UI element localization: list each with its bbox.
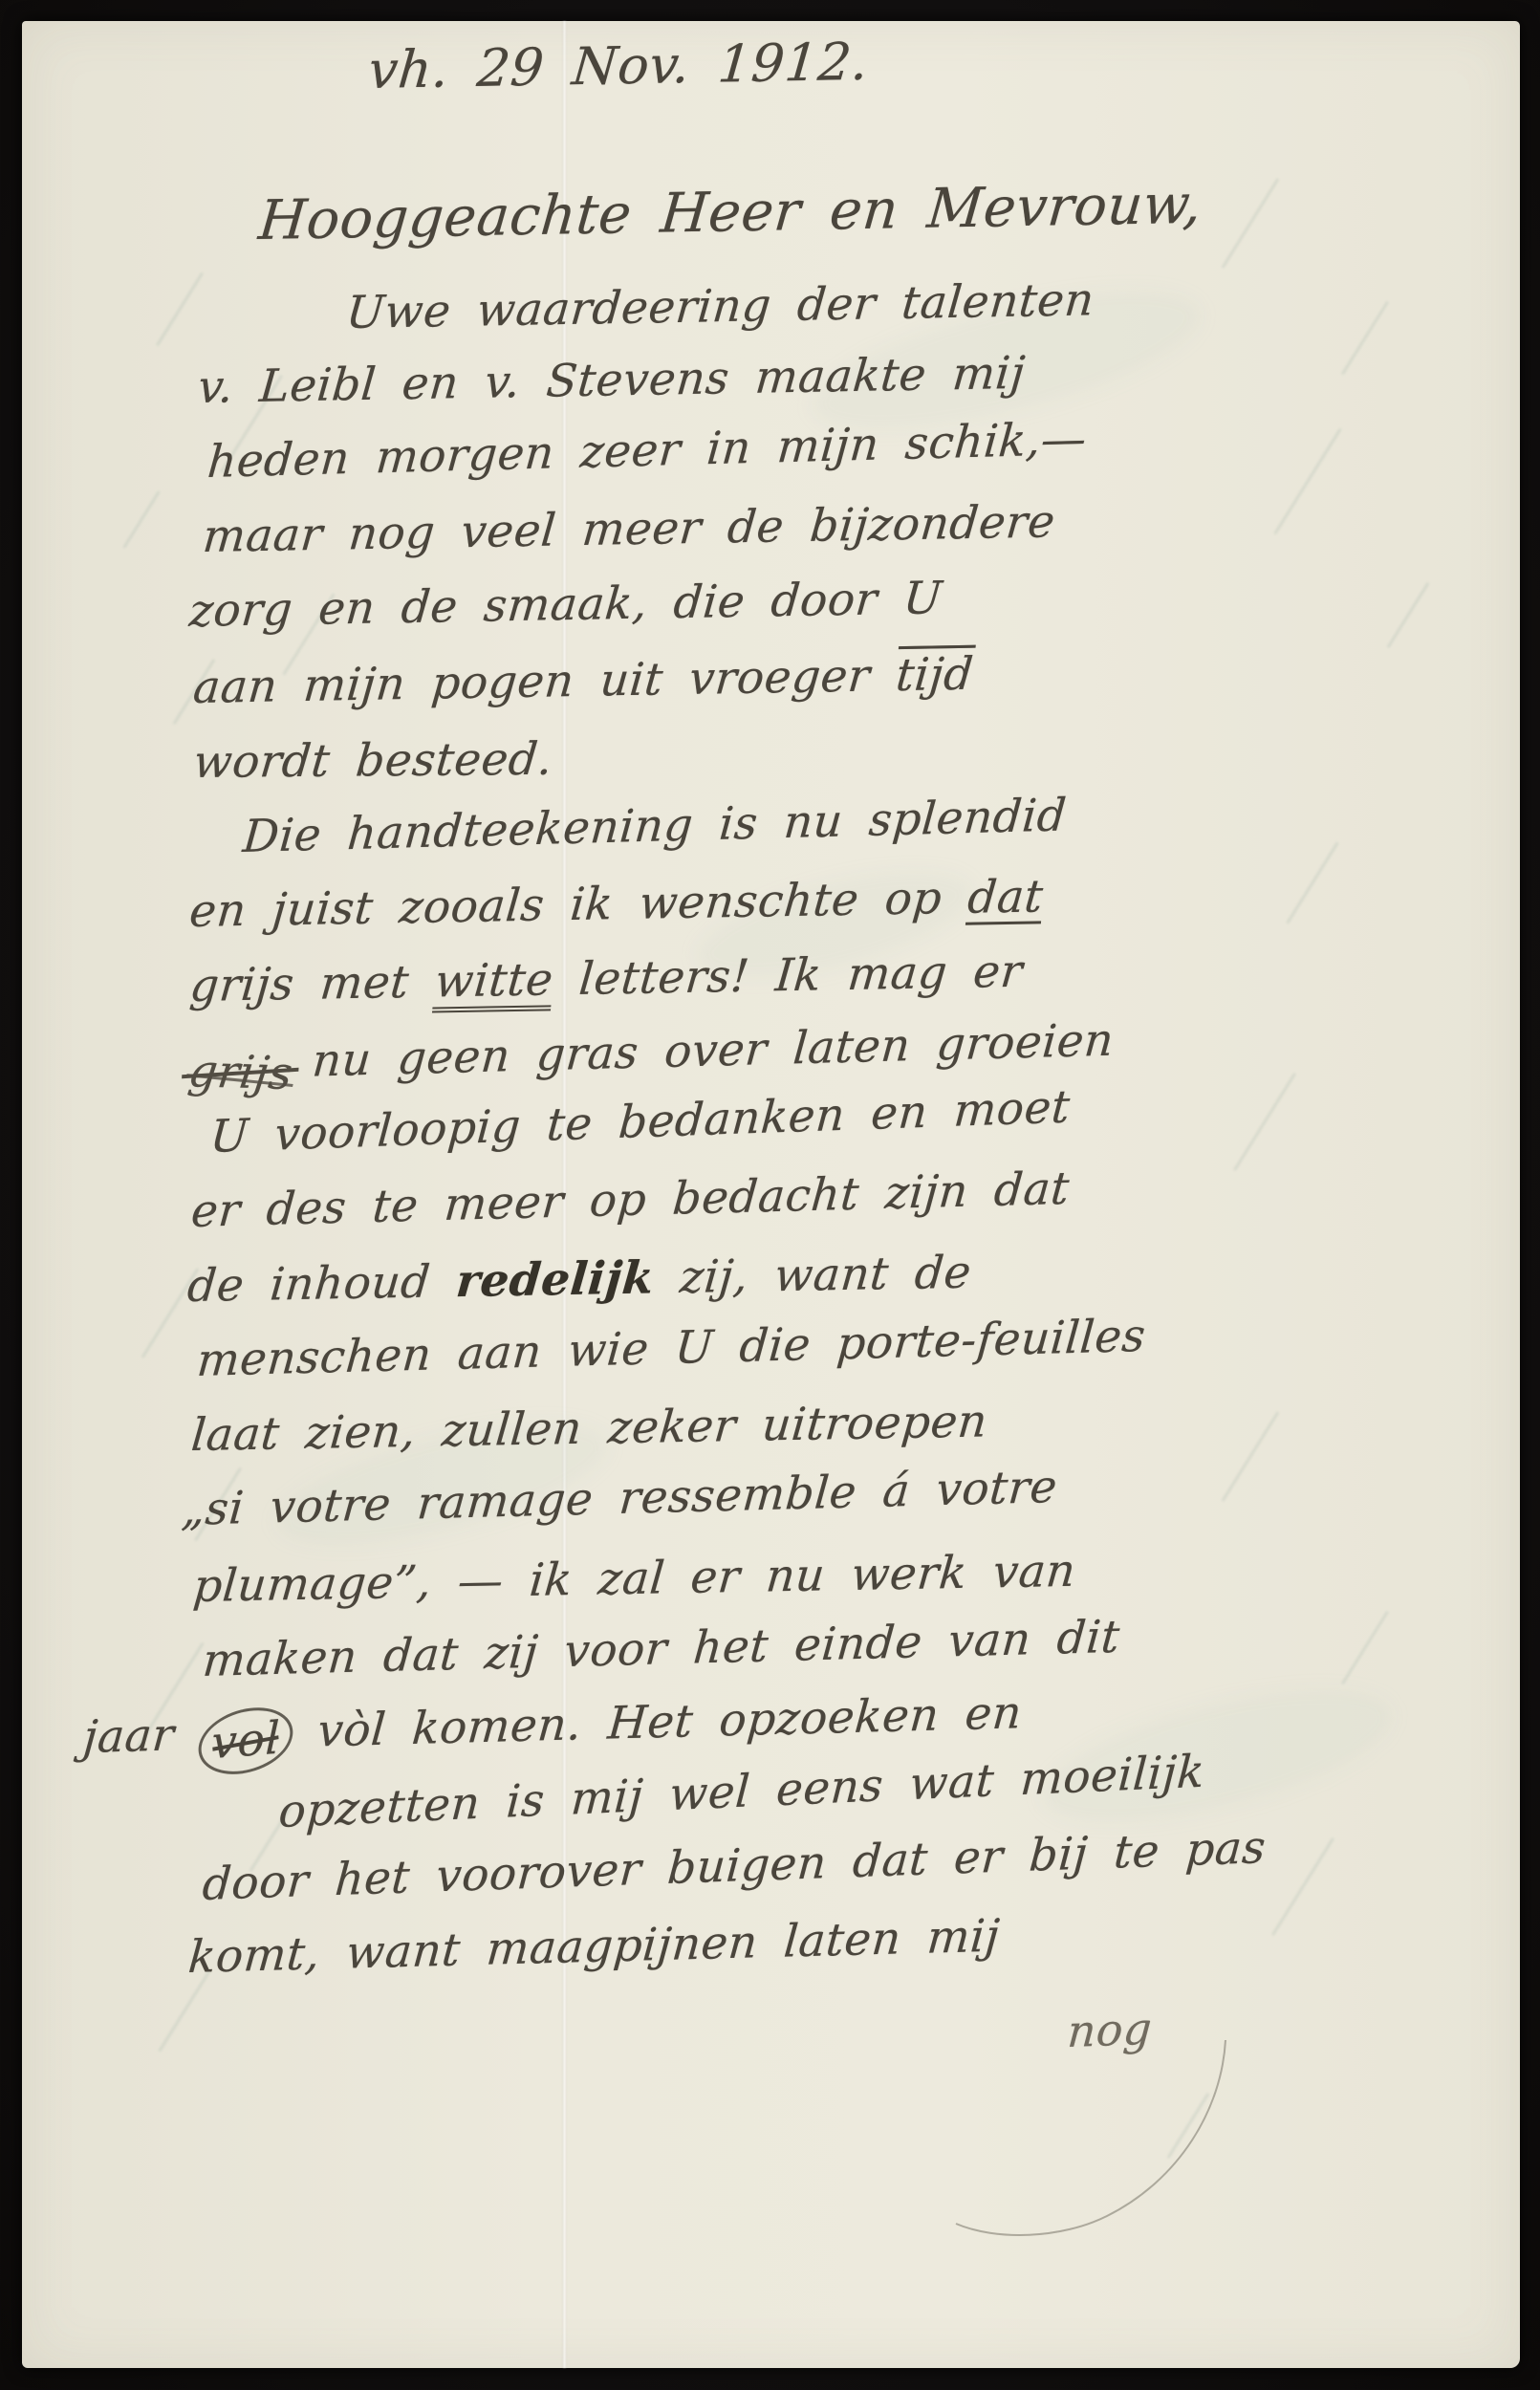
bleedthrough-stroke bbox=[158, 1969, 211, 2052]
bleedthrough-smudge bbox=[685, 848, 985, 1001]
bleedthrough-stroke bbox=[1233, 1073, 1296, 1171]
photo-background: vh. 29 Nov. 1912. Hooggeachte Heer en Me… bbox=[0, 0, 1540, 2390]
bleedthrough-stroke bbox=[1341, 1611, 1389, 1685]
letter-page bbox=[22, 21, 1520, 2368]
bleedthrough-stroke bbox=[1222, 178, 1280, 269]
bleedthrough-stroke bbox=[141, 1268, 200, 1358]
bleedthrough-stroke bbox=[173, 659, 216, 725]
bleedthrough-stroke bbox=[1222, 1411, 1280, 1502]
bleedthrough-stroke bbox=[1286, 841, 1339, 923]
bleedthrough-stroke bbox=[282, 593, 336, 675]
bleedthrough-stroke bbox=[249, 1806, 293, 1872]
bleedthrough-smudge bbox=[264, 1396, 620, 1572]
bleedthrough-stroke bbox=[1387, 582, 1430, 648]
bleedthrough-stroke bbox=[122, 490, 161, 549]
bleedthrough-marks bbox=[22, 21, 1520, 2368]
bleedthrough-stroke bbox=[194, 1467, 242, 1542]
bleedthrough-stroke bbox=[1273, 428, 1341, 535]
bleedthrough-smudge bbox=[1028, 1662, 1405, 1852]
bleedthrough-stroke bbox=[1167, 2093, 1210, 2159]
bleedthrough-stroke bbox=[1341, 301, 1389, 376]
bleedthrough-stroke bbox=[136, 1642, 204, 1749]
bleedthrough-stroke bbox=[220, 375, 283, 473]
bleedthrough-stroke bbox=[156, 272, 204, 347]
bleedthrough-smudge bbox=[799, 261, 1214, 460]
bleedthrough-stroke bbox=[1271, 1837, 1334, 1936]
